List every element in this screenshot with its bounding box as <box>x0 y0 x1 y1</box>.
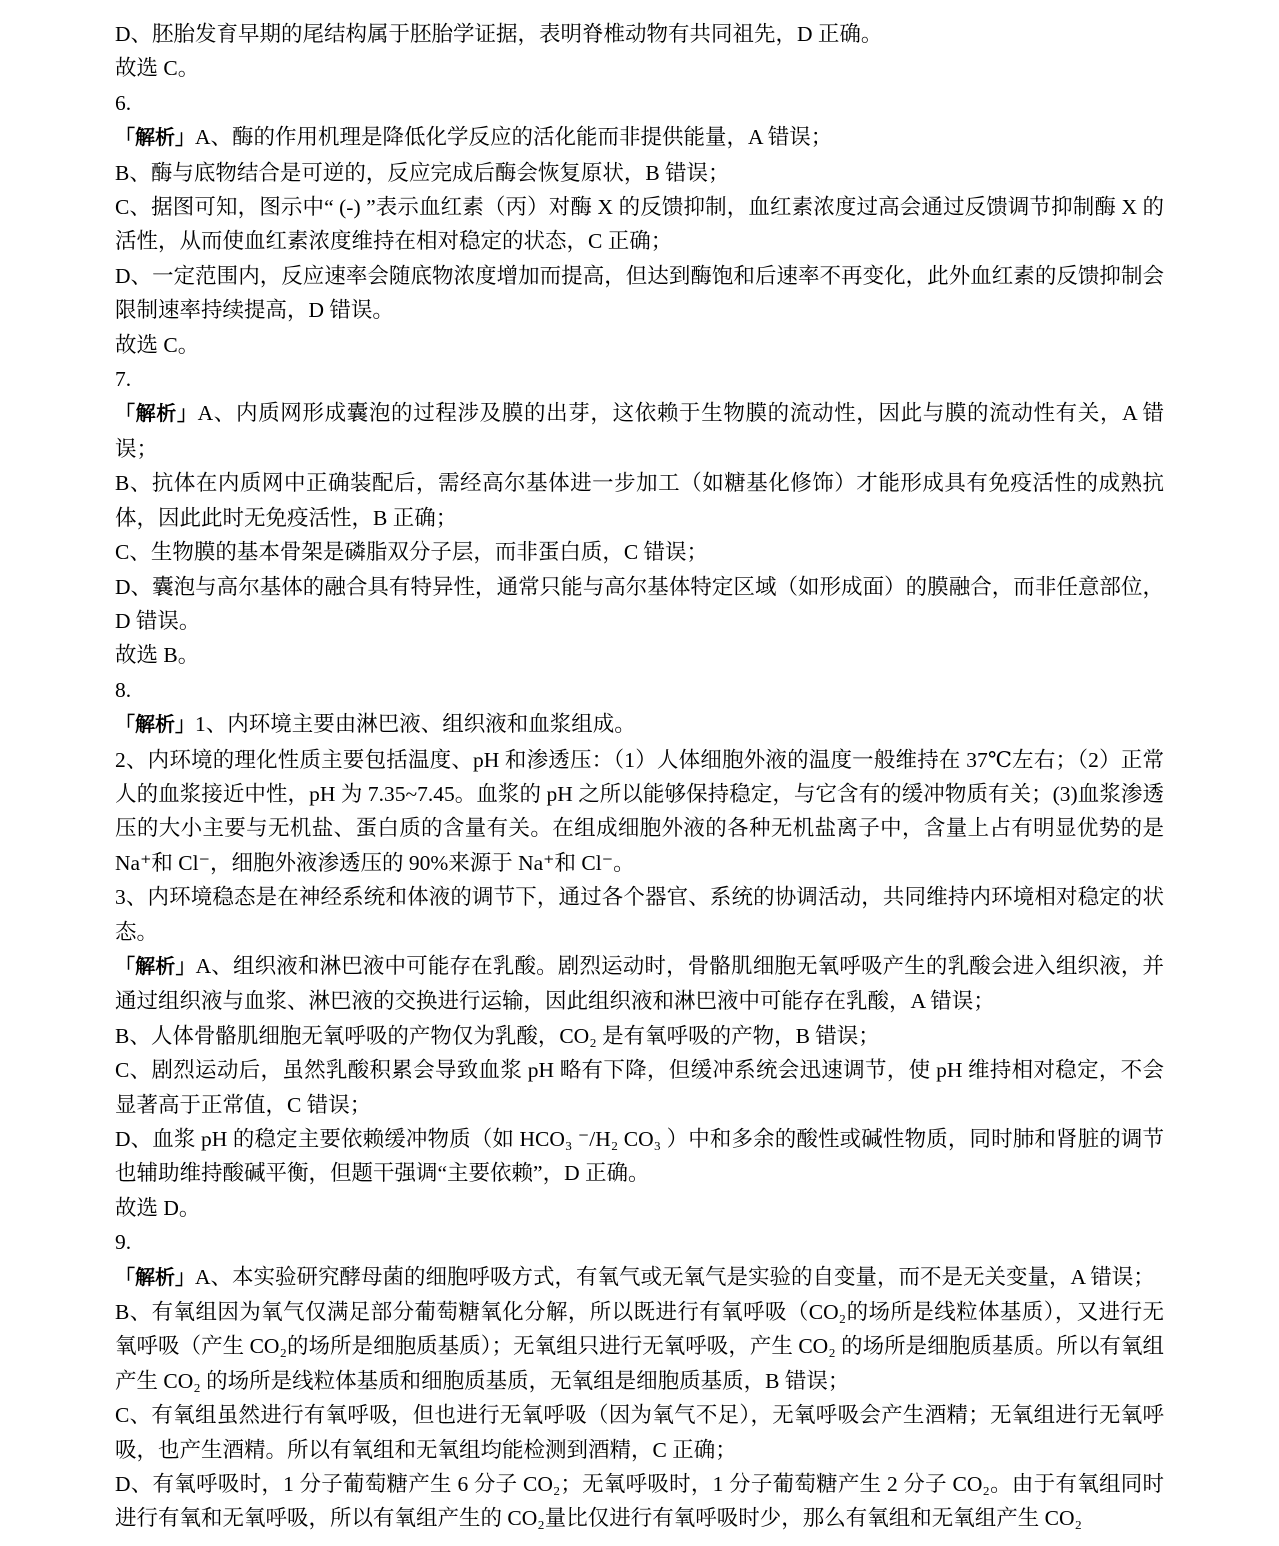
analysis-label: 「解析」 <box>115 714 195 736</box>
paragraph-text: C、有氧组虽然进行有氧呼吸，但也进行无氧呼吸（因为氧气不足），无氧呼吸会产生酒精… <box>115 1403 1164 1461</box>
option-paragraph: D、血浆 pH 的稳定主要依赖缓冲物质（如 HCO₃ ⁻/H₂ CO₃ ）中和多… <box>115 1122 1164 1191</box>
note-paragraph: 3、内环境稳态是在神经系统和体液的调节下，通过各个器官、系统的协调活动，共同维持… <box>115 880 1164 949</box>
option-paragraph: B、有氧组因为氧气仅满足部分葡萄糖氧化分解，所以既进行有氧呼吸（CO₂的场所是线… <box>115 1295 1164 1398</box>
analysis-paragraph: 「解析」A、内质网形成囊泡的过程涉及膜的出芽，这依赖于生物膜的流动性，因此与膜的… <box>115 396 1164 466</box>
option-paragraph: B、抗体在内质网中正确装配后，需经高尔基体进一步加工（如糖基化修饰）才能形成具有… <box>115 466 1164 535</box>
analysis-paragraph: 「解析」A、本实验研究酵母菌的细胞呼吸方式，有氧气或无氧气是实验的自变量，而不是… <box>115 1260 1164 1295</box>
paragraph-text: 6. <box>115 91 131 115</box>
paragraph-text: C、剧烈运动后，虽然乳酸积累会导致血浆 pH 略有下降，但缓冲系统会迅速调节，使… <box>115 1058 1164 1116</box>
analysis-label: 「解析」 <box>115 127 195 149</box>
question-number-paragraph: 6. <box>115 86 1164 120</box>
analysis-label: 「解析」 <box>115 1267 195 1289</box>
paragraph-text: C、生物膜的基本骨架是磷脂双分子层，而非蛋白质，C 错误； <box>115 540 708 564</box>
paragraph-text: 故选 C。 <box>115 333 199 357</box>
paragraph-text: A、本实验研究酵母菌的细胞呼吸方式，有氧气或无氧气是实验的自变量，而不是无关变量… <box>195 1265 1155 1289</box>
question-number-paragraph: 7. <box>115 362 1164 396</box>
answer-paragraph: 故选 B。 <box>115 638 1164 672</box>
option-paragraph: D、有氧呼吸时，1 分子葡萄糖产生 6 分子 CO₂；无氧呼吸时，1 分子葡萄糖… <box>115 1467 1164 1536</box>
paragraph-text: 8. <box>115 678 131 702</box>
paragraph-text: B、人体骨骼肌细胞无氧呼吸的产物仅为乳酸，CO₂ 是有氧呼吸的产物，B 错误； <box>115 1024 880 1048</box>
paragraph-text: B、酶与底物结合是可逆的，反应完成后酶会恢复原状，B 错误； <box>115 161 730 185</box>
paragraph-text: A、酶的作用机理是降低化学反应的活化能而非提供能量，A 错误； <box>195 125 832 149</box>
document-page: D、胚胎发育早期的尾结构属于胚胎学证据，表明脊椎动物有共同祖先，D 正确。 故选… <box>0 0 1279 1546</box>
question-number-paragraph: 8. <box>115 673 1164 707</box>
paragraph-text: B、抗体在内质网中正确装配后，需经高尔基体进一步加工（如糖基化修饰）才能形成具有… <box>115 471 1164 529</box>
paragraph-text: 9. <box>115 1230 131 1254</box>
paragraph-text: D、胚胎发育早期的尾结构属于胚胎学证据，表明脊椎动物有共同祖先，D 正确。 <box>115 22 882 46</box>
document-body: D、胚胎发育早期的尾结构属于胚胎学证据，表明脊椎动物有共同祖先，D 正确。 故选… <box>115 17 1164 1536</box>
answer-paragraph: 故选 C。 <box>115 51 1164 85</box>
option-paragraph: C、剧烈运动后，虽然乳酸积累会导致血浆 pH 略有下降，但缓冲系统会迅速调节，使… <box>115 1053 1164 1122</box>
option-paragraph: C、据图可知，图示中“ (-) ”表示血红素（丙）对酶 X 的反馈抑制，血红素浓… <box>115 190 1164 259</box>
paragraph-text: 故选 D。 <box>115 1196 200 1220</box>
option-paragraph: C、有氧组虽然进行有氧呼吸，但也进行无氧呼吸（因为氧气不足），无氧呼吸会产生酒精… <box>115 1398 1164 1467</box>
paragraph-text: D、一定范围内，反应速率会随底物浓度增加而提高，但达到酶饱和后速率不再变化，此外… <box>115 264 1164 322</box>
answer-paragraph: 故选 C。 <box>115 328 1164 362</box>
paragraph-text: 1、内环境主要由淋巴液、组织液和血浆组成。 <box>195 712 636 736</box>
paragraph-text: 2、内环境的理化性质主要包括温度、pH 和渗透压：（1）人体细胞外液的温度一般维… <box>115 748 1164 875</box>
option-paragraph: C、生物膜的基本骨架是磷脂双分子层，而非蛋白质，C 错误； <box>115 535 1164 569</box>
paragraph-text: D、囊泡与高尔基体的融合具有特异性，通常只能与高尔基体特定区域（如形成面）的膜融… <box>115 575 1164 633</box>
paragraph-text: D、有氧呼吸时，1 分子葡萄糖产生 6 分子 CO₂；无氧呼吸时，1 分子葡萄糖… <box>115 1472 1164 1530</box>
paragraph-text: 7. <box>115 367 131 391</box>
paragraph-text: A、组织液和淋巴液中可能存在乳酸。剧烈运动时，骨骼肌细胞无氧呼吸产生的乳酸会进入… <box>115 954 1164 1013</box>
option-paragraph: D、胚胎发育早期的尾结构属于胚胎学证据，表明脊椎动物有共同祖先，D 正确。 <box>115 17 1164 51</box>
paragraph-text: B、有氧组因为氧气仅满足部分葡萄糖氧化分解，所以既进行有氧呼吸（CO₂的场所是线… <box>115 1300 1164 1393</box>
note-paragraph: 2、内环境的理化性质主要包括温度、pH 和渗透压：（1）人体细胞外液的温度一般维… <box>115 743 1164 881</box>
answer-paragraph: 故选 D。 <box>115 1191 1164 1225</box>
analysis-paragraph: 「解析」A、酶的作用机理是降低化学反应的活化能而非提供能量，A 错误； <box>115 120 1164 155</box>
paragraph-text: 3、内环境稳态是在神经系统和体液的调节下，通过各个器官、系统的协调活动，共同维持… <box>115 885 1164 943</box>
question-number-paragraph: 9. <box>115 1225 1164 1259</box>
paragraph-text: A、内质网形成囊泡的过程涉及膜的出芽，这依赖于生物膜的流动性，因此与膜的流动性有… <box>115 401 1164 460</box>
option-paragraph: B、酶与底物结合是可逆的，反应完成后酶会恢复原状，B 错误； <box>115 156 1164 190</box>
analysis-paragraph: 「解析」1、内环境主要由淋巴液、组织液和血浆组成。 <box>115 707 1164 742</box>
analysis-label: 「解析」 <box>115 403 198 425</box>
option-paragraph: D、囊泡与高尔基体的融合具有特异性，通常只能与高尔基体特定区域（如形成面）的膜融… <box>115 570 1164 639</box>
paragraph-text: D、血浆 pH 的稳定主要依赖缓冲物质（如 HCO₃ ⁻/H₂ CO₃ ）中和多… <box>115 1127 1164 1185</box>
analysis-paragraph: 「解析」A、组织液和淋巴液中可能存在乳酸。剧烈运动时，骨骼肌细胞无氧呼吸产生的乳… <box>115 949 1164 1019</box>
paragraph-text: 故选 B。 <box>115 643 199 667</box>
option-paragraph: B、人体骨骼肌细胞无氧呼吸的产物仅为乳酸，CO₂ 是有氧呼吸的产物，B 错误； <box>115 1019 1164 1053</box>
paragraph-text: C、据图可知，图示中“ (-) ”表示血红素（丙）对酶 X 的反馈抑制，血红素浓… <box>115 195 1164 253</box>
option-paragraph: D、一定范围内，反应速率会随底物浓度增加而提高，但达到酶饱和后速率不再变化，此外… <box>115 259 1164 328</box>
analysis-label: 「解析」 <box>115 956 196 978</box>
paragraph-text: 故选 C。 <box>115 56 199 80</box>
